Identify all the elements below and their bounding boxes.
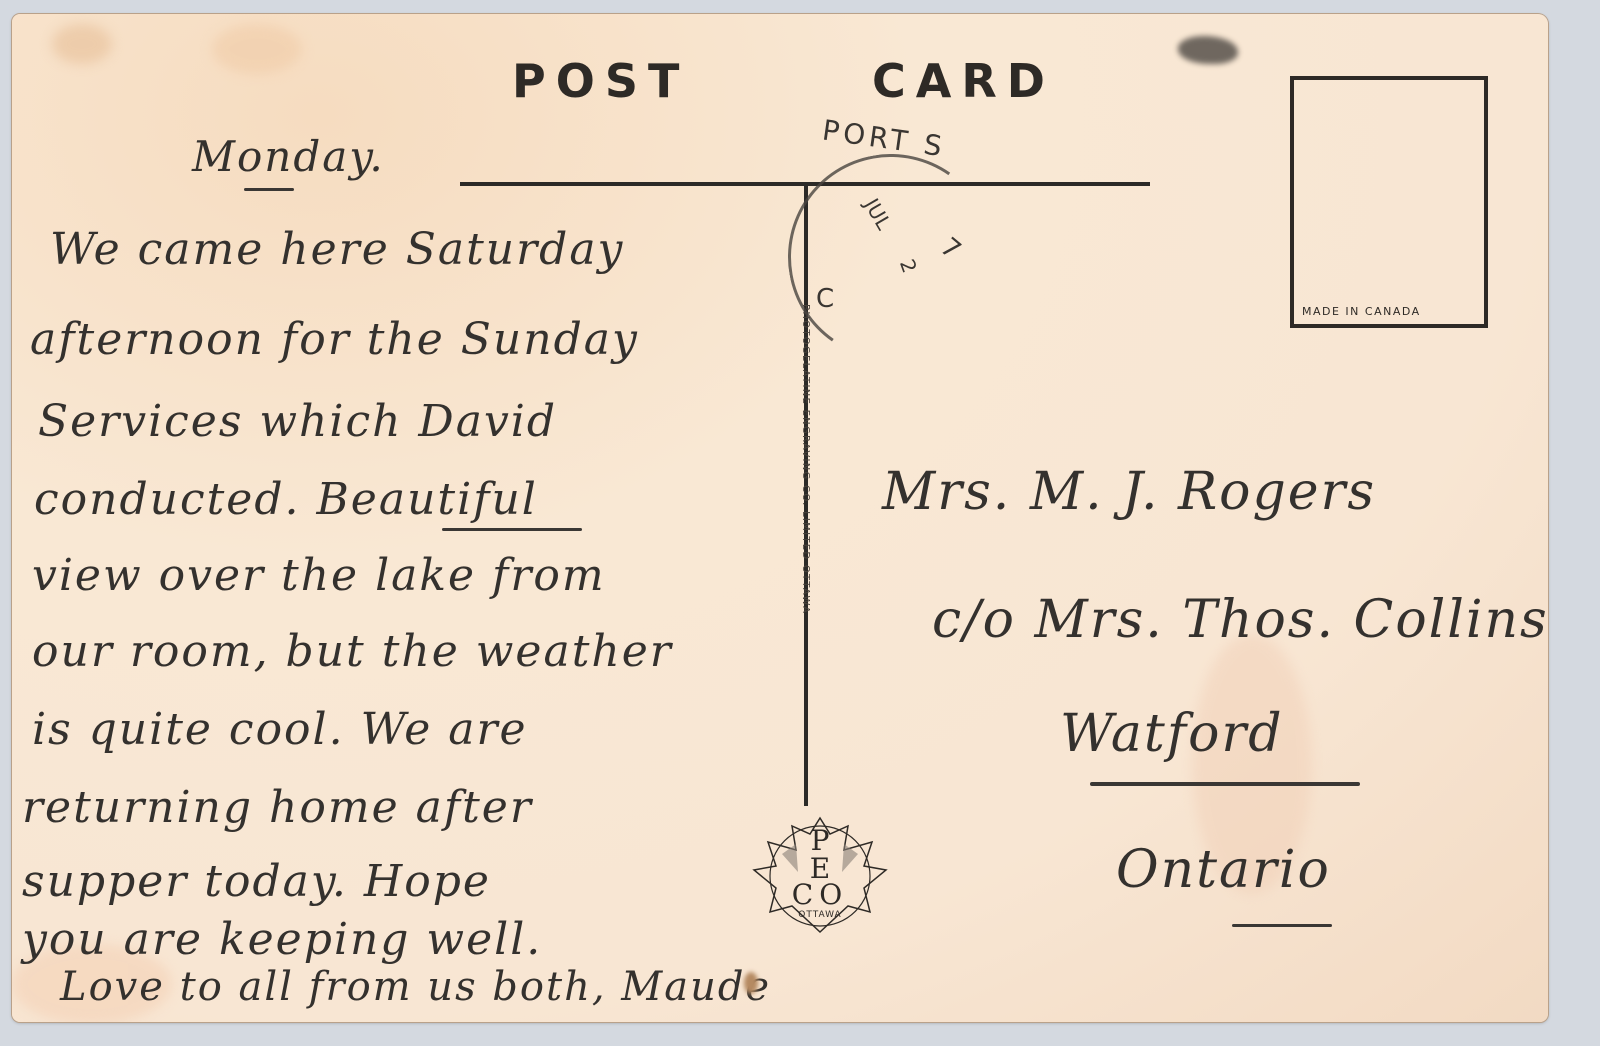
ink-smudge — [1178, 36, 1238, 64]
beautiful-underline — [442, 528, 582, 531]
address-line: c/o Mrs. Thos. Collins — [932, 590, 1548, 650]
message-line: you are keeping well. — [22, 914, 542, 965]
message-signoff: Love to all from us both, Maude — [60, 964, 771, 1010]
message-line: We came here Saturday — [50, 224, 624, 275]
message-line: is quite cool. We are — [32, 704, 528, 755]
postmark-letter: C — [816, 284, 834, 314]
message-line: supper today. Hope — [22, 856, 491, 907]
message-line: our room, but the weather — [32, 626, 673, 677]
town-underline — [1090, 782, 1360, 786]
peco-logo: P E CO OTTAWA — [752, 814, 888, 936]
engraver-credit: PHOTOGELATINE ENGRAVING CO. LIMITED OTTA… — [800, 304, 811, 614]
heading-post: POST — [512, 54, 689, 108]
heading-card: CARD — [872, 54, 1055, 108]
ink-spot — [744, 972, 758, 994]
province-underline — [1232, 924, 1332, 927]
message-line: conducted. Beautiful — [34, 474, 538, 525]
made-in-canada-label: MADE IN CANADA — [1302, 305, 1421, 318]
age-stain — [52, 24, 112, 64]
address-line: Ontario — [1116, 840, 1331, 900]
postmark: PORT S JUL 2 7 C — [782, 114, 1042, 314]
message-line: returning home after — [22, 782, 533, 833]
message-line: view over the lake from — [32, 550, 606, 601]
address-line: Watford — [1060, 704, 1284, 764]
message-line: Services which David — [38, 396, 557, 447]
age-stain — [212, 24, 302, 74]
day-underline — [244, 188, 294, 191]
message-day: Monday. — [192, 132, 385, 181]
logo-city: OTTAWA — [752, 910, 888, 920]
message-line: afternoon for the Sunday — [30, 314, 639, 365]
address-line: Mrs. M. J. Rogers — [882, 462, 1376, 522]
stamp-box: MADE IN CANADA — [1290, 76, 1488, 328]
logo-letters-co: CO — [752, 878, 888, 911]
postcard: POST CARD MADE IN CANADA PHOTOGELATINE E… — [12, 14, 1548, 1022]
